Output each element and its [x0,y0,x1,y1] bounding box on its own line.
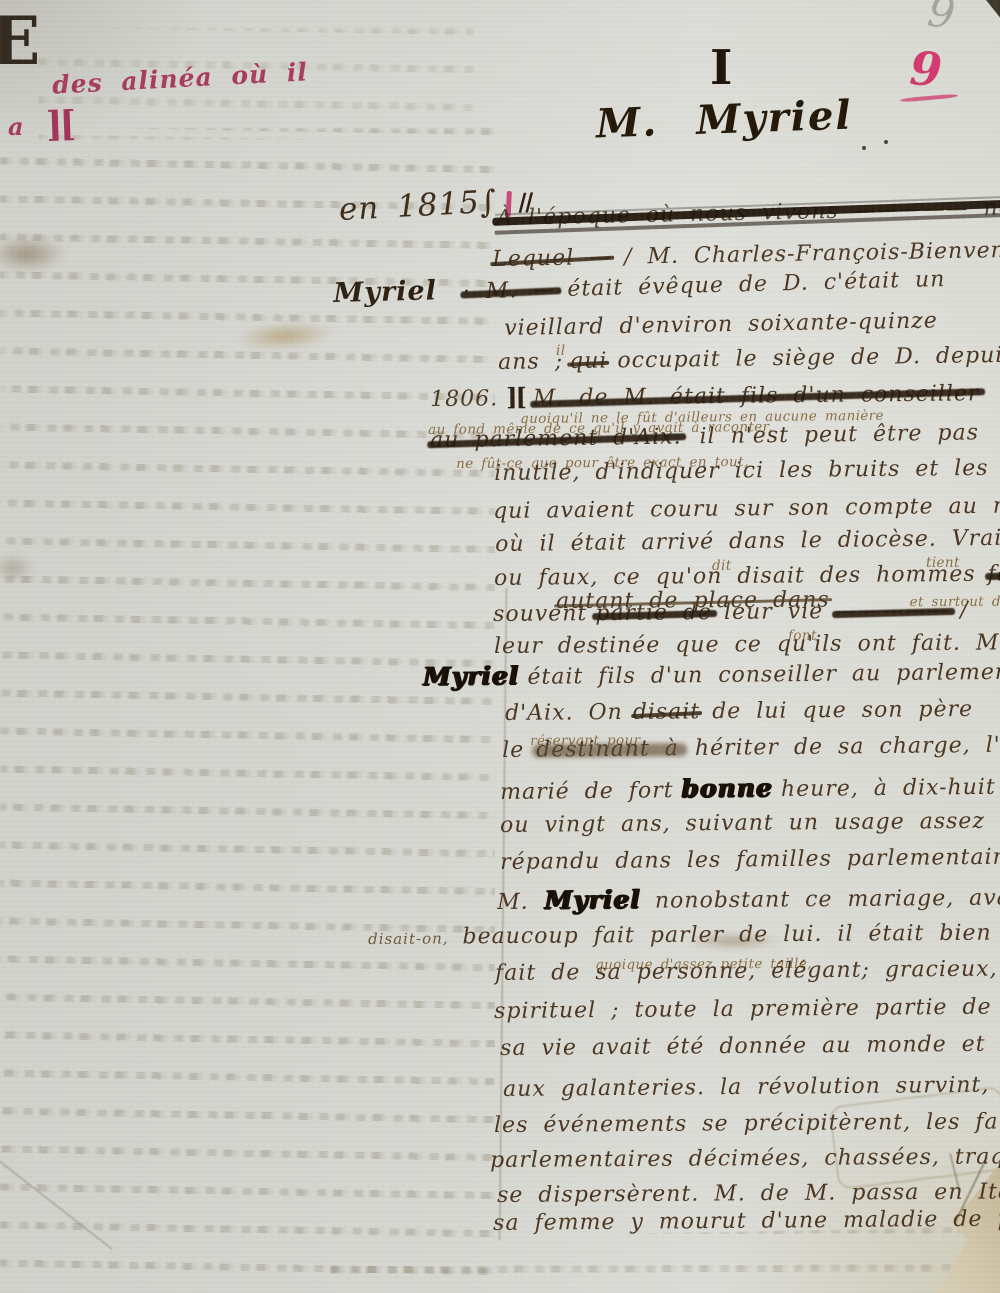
text-segment: aux galanteries. la révolution survint, [503,1073,989,1102]
text-segment: se dispersèrent. M. de M. passa en Itali… [497,1179,1000,1208]
text-segment: répandu dans les familles parlementaires… [500,844,1000,875]
chapter-title: M. Myriel [595,92,853,148]
text-segment: hériter de sa charge, l'avait [695,732,1000,761]
edge-smudge [0,554,34,582]
manuscript-line: sa femme y mourut d'une maladie de poitr… [493,1206,1000,1236]
manuscript-line: leur destinée que ce qu'ils ont fait. M.… [494,630,1000,659]
text-segment: Myriel [545,885,642,915]
manuscript-page: E des alinéa où il a ][ 9 9 I M. Myriel … [0,0,1000,1293]
text-segment: destinant à [536,736,679,762]
text-segment: ∕ [960,598,969,623]
chapter-numeral: I [710,40,732,96]
manuscript-line: À l'époque où nous vivons ————— nes [496,195,1000,231]
text-segment: fait de sa personne, élégant; gracieux, [495,957,998,986]
manuscript-line: se dispersèrent. M. de M. passa en Itali… [497,1179,1000,1208]
text-segment: spirituel ; toute la première partie de [494,995,992,1024]
text-segment: d'Aix. On [505,700,623,726]
magenta-letter-a: a [8,112,24,141]
manuscript-line: disait-on,beaucoup fait parler de lui. i… [368,921,992,950]
text-segment: Lequel — [492,245,612,272]
text-segment: Myriel [333,275,437,309]
magenta-insertion-mark: ][ [45,104,74,146]
text-segment: de lui que son père [712,697,973,724]
text-segment: il n'est peut être pas [699,420,979,449]
manuscript-line: aux galanteries. la révolution survint, [503,1073,989,1102]
manuscript-line: sa vie avait été donnée au monde et [500,1032,986,1061]
text-segment: nonobstant ce mariage, avait, [655,885,1000,913]
text-segment: M. [497,890,529,915]
margin-letter-e: E [0,2,40,80]
text-segment: 1806. [430,386,498,412]
ink-smudge-left-edge [0,236,66,272]
text-segment: beaucoup fait parler de lui. il était bi… [462,921,991,950]
text-segment: qui avaient couru sur son compte au mome… [493,493,1000,524]
manuscript-line: marié de fortbonneheure, à dix-huit [500,771,996,805]
manuscript-line: ou vingt ans, suivant un usage assez [500,809,985,838]
text-segment: où il était arrivé dans le diocèse. Vrai [495,526,1000,557]
manuscript-line: ledestinant àhériter de sa charge, l'ava… [502,732,1000,763]
text-segment: Myriel [423,661,520,691]
text-segment: fait [987,561,1000,586]
manuscript-line: souventpartie deleur vie—————∕ [493,598,969,627]
text-segment: sa vie avait été donnée au monde et [500,1032,986,1061]
manuscript-line: Myrielétait fils d'un conseiller au parl… [423,656,1000,691]
page-number-red: 9 [908,41,944,97]
text-segment: disait [633,699,701,725]
text-segment: les événements se précipitèrent, les fam… [494,1109,1000,1138]
text-segment: vieillard d'environ soixante-quinze [504,308,938,341]
manuscript-line: qui avaient couru sur son compte au mome… [493,493,1000,524]
manuscript-line: M.Myrielnonobstant ce mariage, avait, [497,881,1000,915]
text-segment: ————— [835,598,950,624]
text-segment: souvent [493,601,587,627]
page-number-pencil: 9 [925,0,958,39]
text-segment: partie de [595,600,712,626]
ink-dot [862,146,866,150]
corner-ink-speck [986,0,1000,20]
manuscript-line: répandu dans les familles parlementaires… [500,844,1000,875]
bleedthrough-stamp-outline [829,1086,1000,1191]
text-segment: était fils d'un conseiller au parlement [527,660,1000,690]
manuscript-line: fait de sa personne, élégant; gracieux, [495,957,998,986]
manuscript-line: où il était arrivé dans le diocèse. Vrai [495,526,1000,557]
text-segment: marié de fort [500,778,674,805]
manuscript-line: les événements se précipitèrent, les fam… [494,1109,1000,1138]
text-segment: sa femme y mourut d'une maladie de poitr… [493,1206,1000,1236]
text-segment: inutile, d'indiquer ici les bruits et le… [494,455,1000,486]
text-segment: était évêque de D. c'était un [567,267,946,302]
text-segment: qui [569,348,608,374]
text-segment: bonne [681,773,773,803]
text-segment: le [502,738,524,763]
manuscript-line: vieillard d'environ soixante-quinze [504,308,938,341]
text-segment: ans ; [498,349,563,375]
manuscript-line: d'Aix. Ondisaitde lui que son père [505,697,973,726]
manuscript-line: parlementaires décimées, chassées, traqu… [490,1144,1000,1173]
text-segment: leur destinée que ce qu'ils ont fait. M.… [494,630,1000,659]
text-segment: À l'époque où nous vivons ————— nes [496,195,1000,231]
text-segment: occupait le siège de D. depuis [617,343,1000,374]
text-segment: heure, à dix-huit [781,775,996,802]
manuscript-line: spirituel ; toute la première partie de [494,995,992,1024]
ink-dot [884,140,888,144]
text-segment: parlementaires décimées, chassées, traqu… [490,1144,1000,1173]
text-segment: · M. — [463,277,556,304]
text-segment: ou vingt ans, suivant un usage assez [500,809,985,838]
manuscript-line: ans ;quioccupait le siège de D. depuis [498,343,1000,375]
manuscript-line: inutile, d'indiquer ici les bruits et le… [494,455,1000,486]
text-segment: disait-on, [368,929,449,948]
